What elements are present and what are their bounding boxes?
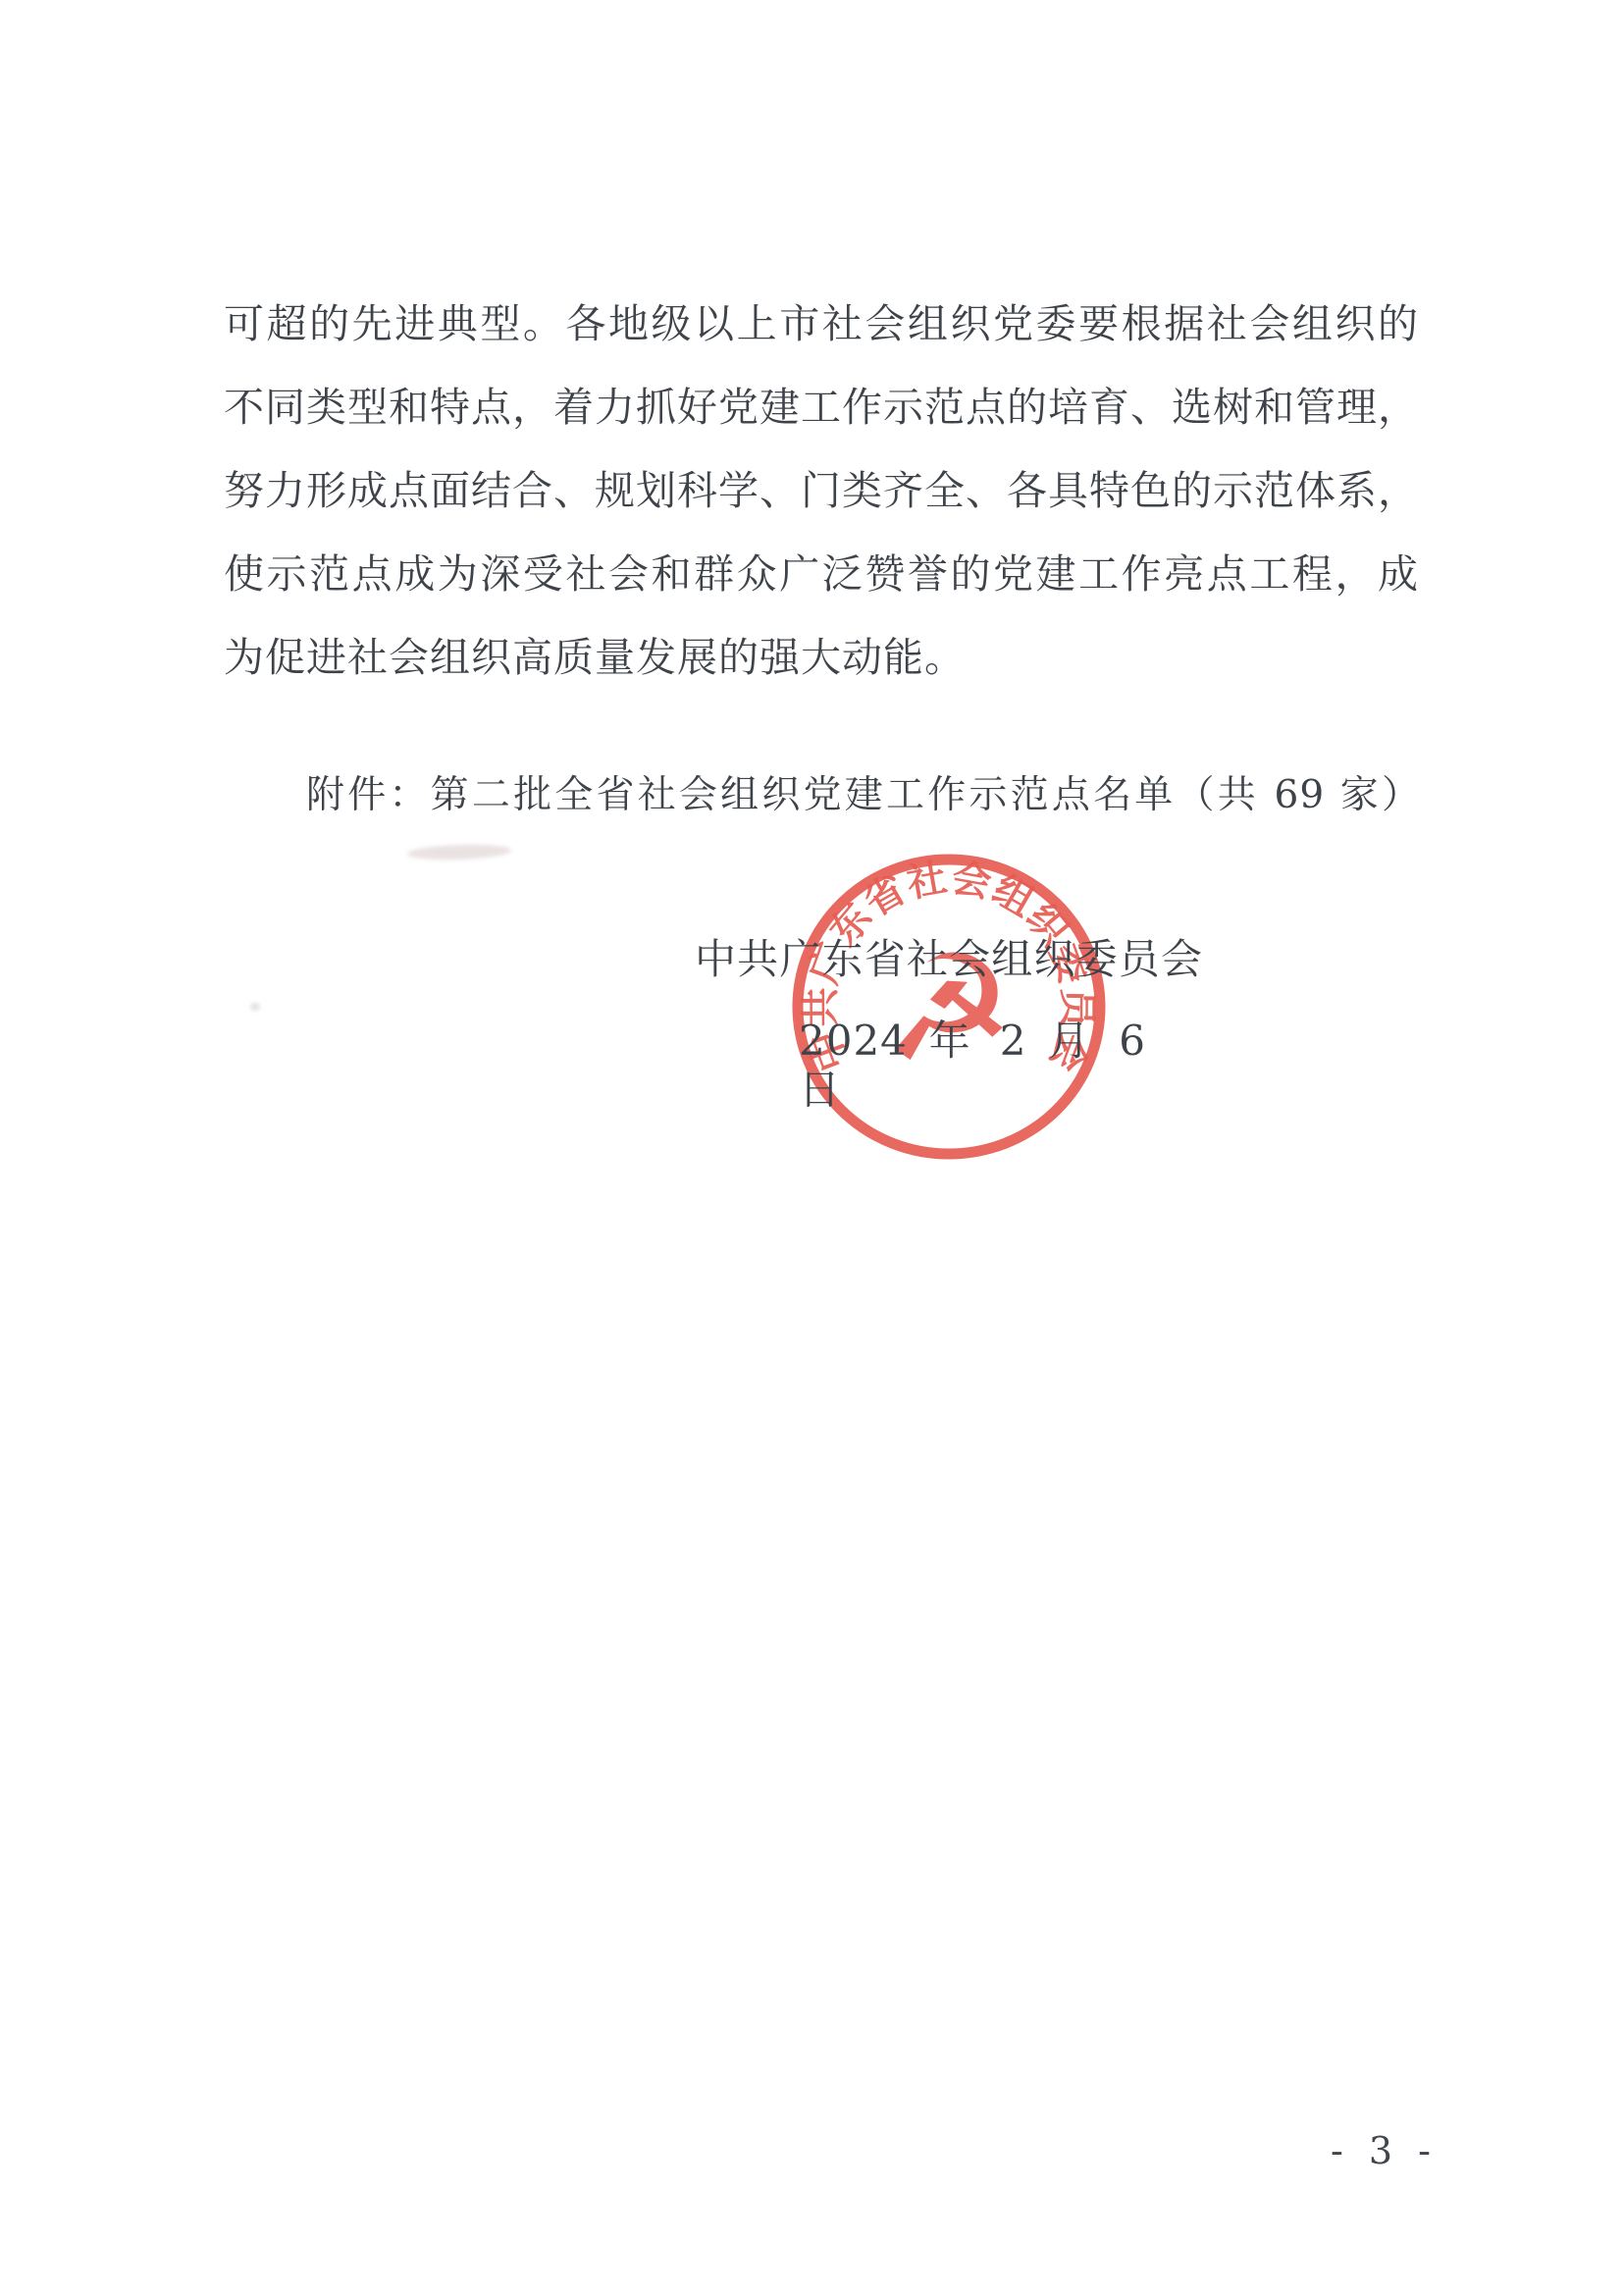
body-line-5: 为促进社会组织高质量发展的强大动能。 (224, 634, 1419, 681)
signature-line: 中共广东省社会组织委员会 (695, 935, 1203, 984)
body-line-4: 使示范点成为深受社会和群众广泛赞誉的党建工作亮点工程，成 (224, 550, 1419, 598)
body-line-2: 不同类型和特点，着力抓好党建工作示范点的培育、选树和管理， (224, 384, 1419, 431)
page-number: - 3 - (1331, 2129, 1438, 2172)
document-page: 可超的先进典型。各地级以上市社会组织党委要根据社会组织的 不同类型和特点，着力抓… (0, 0, 1623, 2296)
body-line-1: 可超的先进典型。各地级以上市社会组织党委要根据社会组织的 (224, 300, 1419, 347)
date-line: 2024 年 2 月 6 日 (799, 1017, 1146, 1114)
body-line-3: 努力形成点面结合、规划科学、门类齐全、各具特色的示范体系， (224, 467, 1419, 514)
attachment-line: 附件：第二批全省社会组织党建工作示范点名单（共 69 家） (306, 773, 1421, 818)
scan-smudge (407, 843, 511, 861)
official-seal: 中共广东省社会组织委员会 ☭ (786, 848, 1112, 1166)
scan-smudge (250, 1003, 260, 1011)
